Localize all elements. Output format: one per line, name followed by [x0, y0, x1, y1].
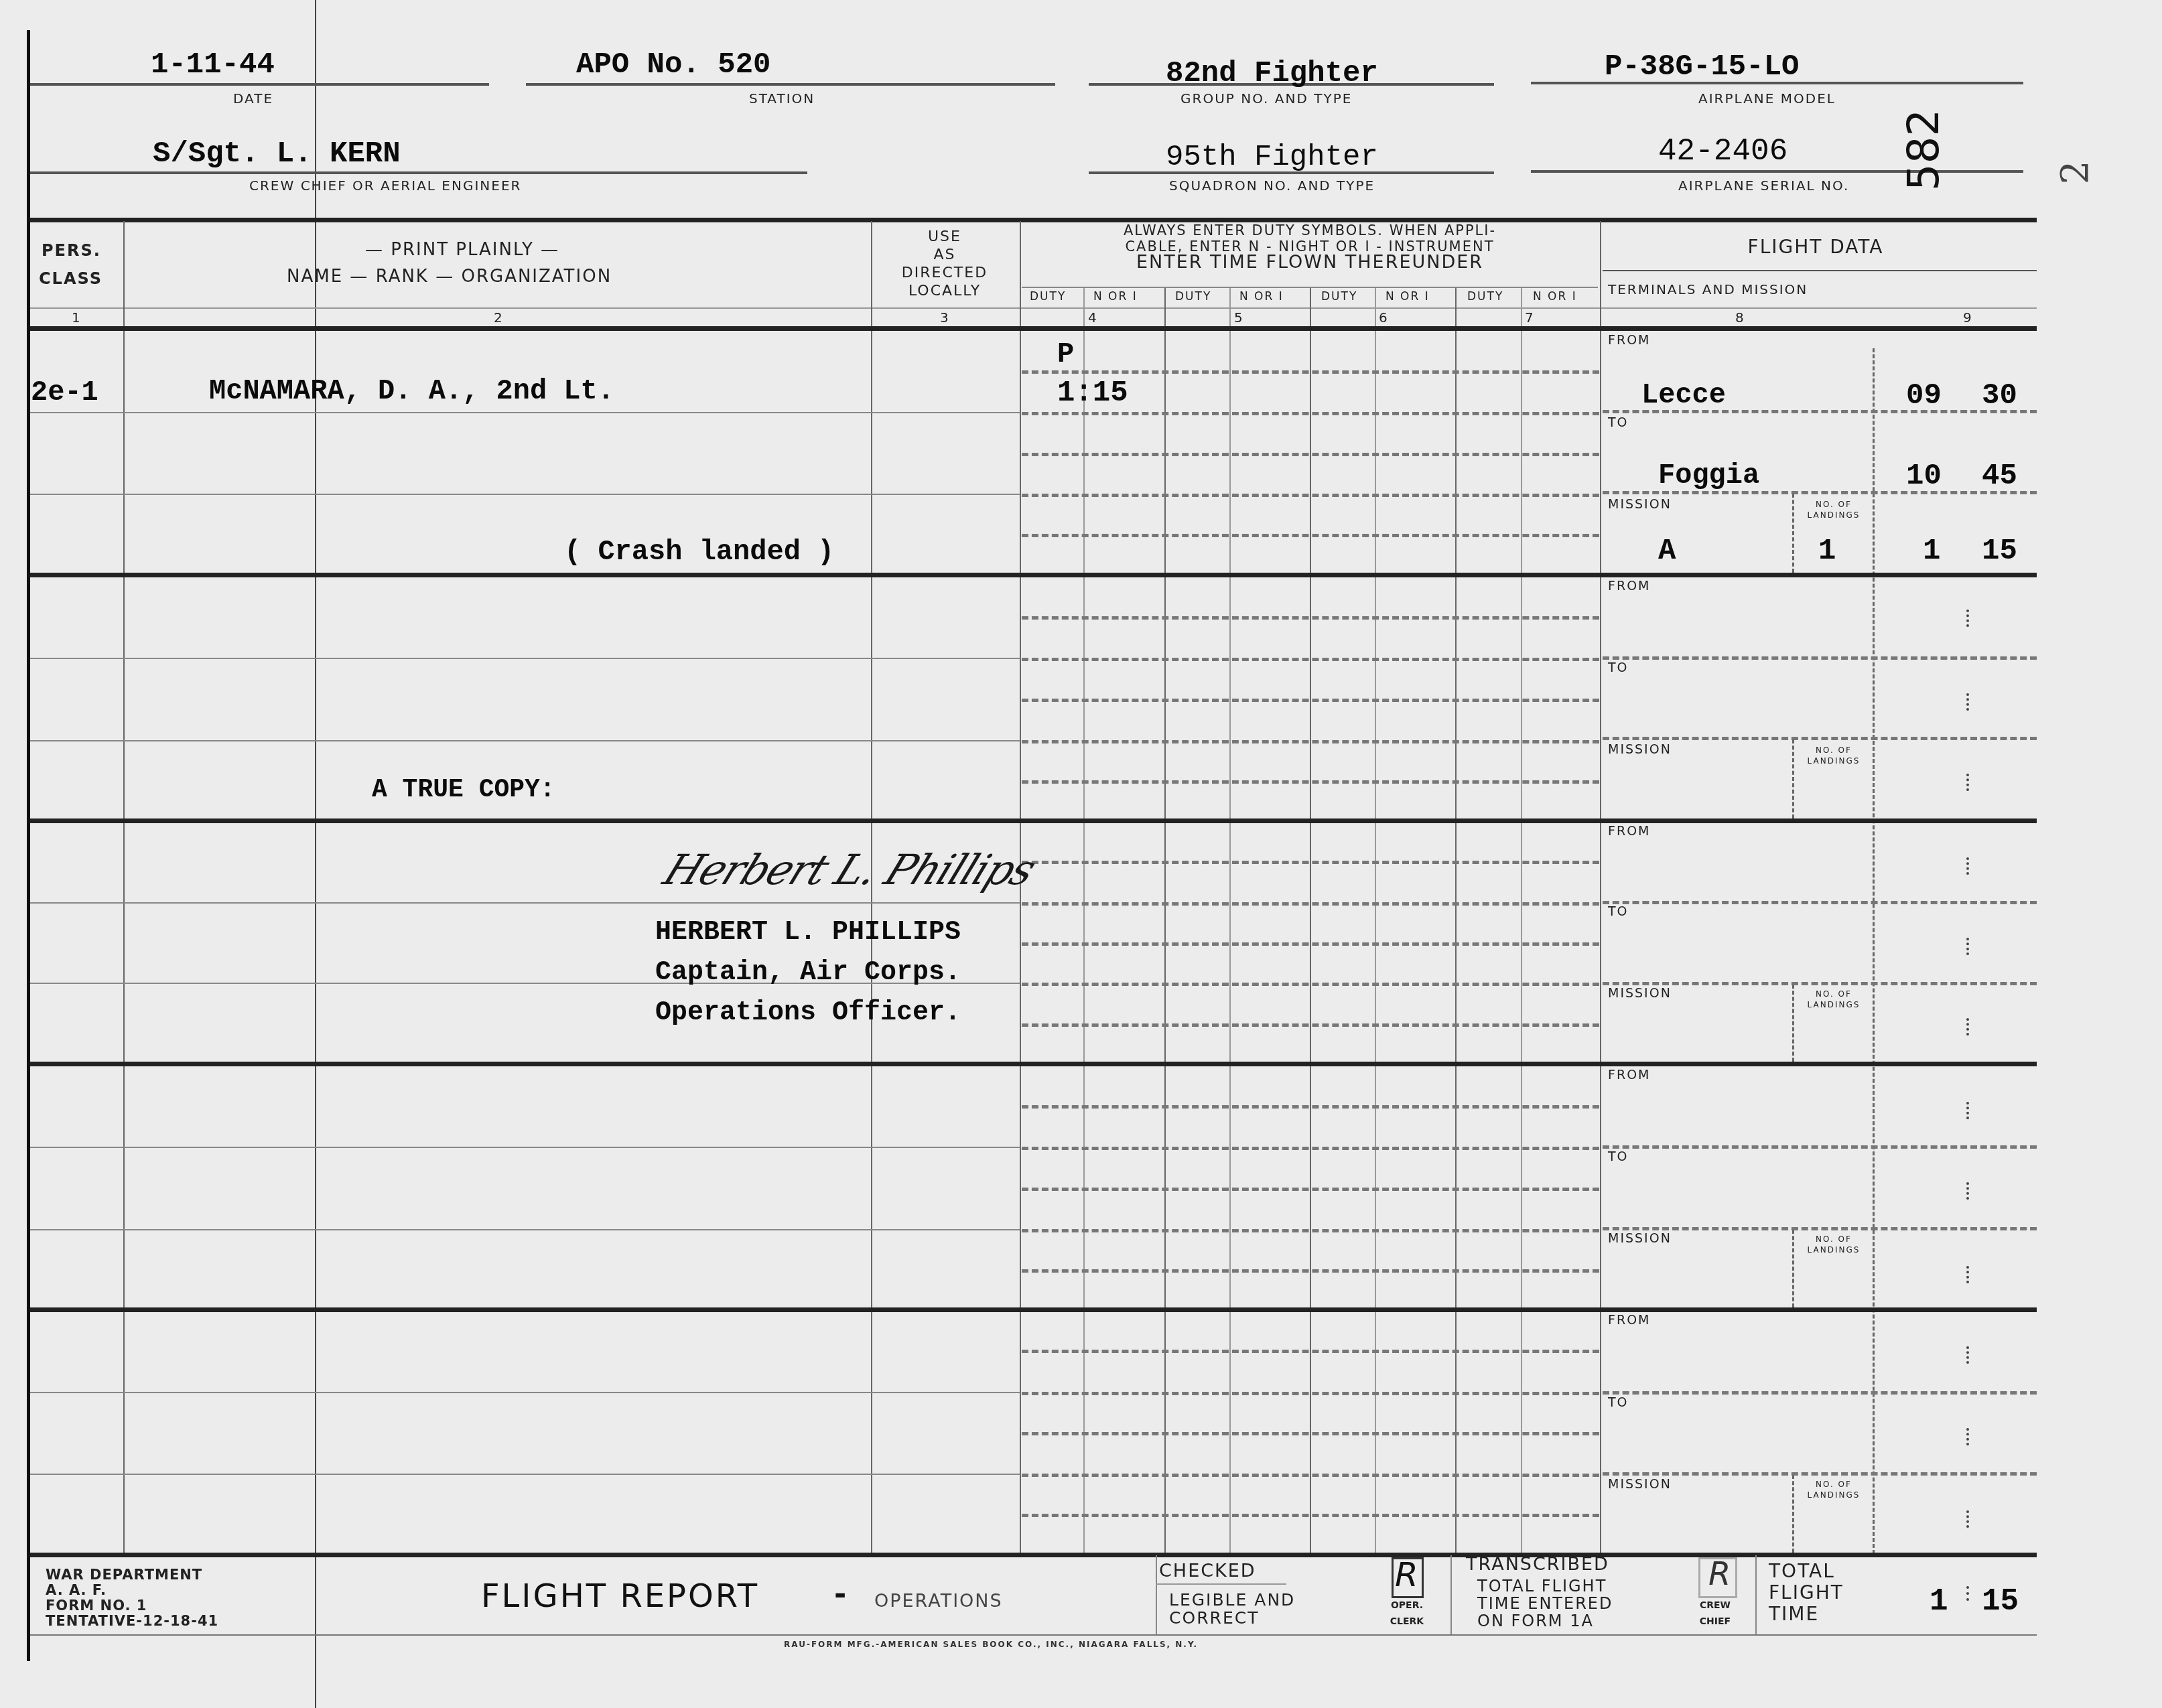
officer-rank: Captain, Air Corps. — [655, 958, 961, 988]
crew-label: CREW — [1688, 1597, 1742, 1614]
duty-sub-5a: DUTY — [1175, 290, 1211, 303]
block-line-5 — [30, 1553, 2037, 1557]
name-rank-org-label: NAME — RANK — ORGANIZATION — [287, 267, 612, 287]
duty-dash — [1022, 370, 1599, 374]
block-line-4 — [30, 1307, 2037, 1312]
entry-mission-min: 15 — [1982, 535, 2017, 568]
total-flight-label: TOTAL FLIGHT — [1477, 1577, 1613, 1595]
duty-instr-line3: ENTER TIME FLOWN THEREUNDER — [1022, 255, 1598, 271]
total-colon — [1966, 1586, 1969, 1601]
col-num-2: 2 — [494, 309, 504, 326]
mission-label: MISSION — [1608, 1231, 1672, 1246]
to-label: TO — [1608, 415, 1629, 430]
date-value: 1-11-44 — [151, 48, 275, 82]
to-label: TO — [1608, 1395, 1629, 1410]
clerk-label: CLERK — [1380, 1614, 1434, 1630]
flight-label: FLIGHT — [1769, 1582, 1844, 1604]
duty-instructions: ALWAYS ENTER DUTY SYMBOLS. WHEN APPLI- C… — [1022, 222, 1598, 271]
station-label: STATION — [749, 90, 815, 106]
time-colon — [1966, 1510, 1969, 1528]
time-colon — [1966, 938, 1969, 955]
landings-label-2: LANDINGS — [1794, 756, 1873, 766]
crew-chief-line — [30, 171, 807, 174]
pers-class-label-2: CLASS — [39, 269, 103, 288]
total-hours: 1 — [1930, 1584, 1948, 1619]
col-num-1: 1 — [72, 309, 82, 326]
landings-label-1: NO. OF — [1794, 745, 1873, 756]
duty-sub-4a: DUTY — [1030, 290, 1066, 303]
duty-sub-divider-4 — [1083, 288, 1085, 1554]
subrow-4a — [30, 1147, 1020, 1148]
col-divider-1 — [123, 221, 125, 1554]
date-label: DATE — [233, 90, 273, 106]
time-label: TIME — [1769, 1604, 1844, 1625]
entry-pers-class: 2e-1 — [31, 376, 98, 409]
print-plainly-label: — PRINT PLAINLY — — [365, 240, 559, 260]
duty-dash — [1022, 1105, 1599, 1109]
col-divider-6 — [1455, 288, 1457, 1554]
flight-dash — [1603, 901, 2037, 904]
mission-label: MISSION — [1608, 742, 1672, 757]
station-line — [526, 83, 1055, 86]
landings-label-2: LANDINGS — [1794, 999, 1873, 1010]
number-line — [30, 307, 2037, 309]
time-colon — [1966, 1346, 1969, 1364]
time-entered-label: TIME ENTERED — [1477, 1595, 1613, 1612]
form-title: FLIGHT REPORT — [481, 1577, 759, 1615]
terminals-mission-label: TERMINALS AND MISSION — [1608, 281, 1808, 297]
subrow-2a — [30, 658, 1020, 659]
flight-data-title: FLIGHT DATA — [1601, 236, 2030, 258]
col-divider-4 — [1164, 288, 1166, 1554]
crew-chief-label: CREW CHIEF OR AERIAL ENGINEER — [249, 177, 521, 194]
legible-block: LEGIBLE AND CORRECT — [1169, 1591, 1295, 1627]
as-label: AS — [878, 246, 1012, 264]
flight-dash — [1603, 1472, 2037, 1476]
time-colon — [1966, 1018, 1969, 1036]
duty-dash — [1022, 1432, 1599, 1435]
entry-landings: 1 — [1818, 535, 1836, 568]
to-label: TO — [1608, 1149, 1629, 1164]
landings-label-2: LANDINGS — [1794, 1490, 1873, 1500]
use-label: USE — [878, 228, 1012, 246]
mission-label: MISSION — [1608, 986, 1672, 1001]
total-label: TOTAL — [1769, 1561, 1844, 1582]
aaf-label: A. A. F. — [46, 1583, 218, 1598]
mission-label: MISSION — [1608, 497, 1672, 512]
serial-line — [1531, 170, 2023, 173]
total-minutes: 15 — [1982, 1584, 2019, 1619]
date-line — [30, 83, 489, 86]
col-num-7: 7 — [1525, 309, 1535, 326]
duty-dash — [1022, 453, 1599, 456]
model-value: P-38G-15-LO — [1605, 50, 1799, 84]
pers-class-label-1: PERS. — [42, 241, 101, 260]
entry-to-min: 45 — [1982, 459, 2017, 493]
oper-clerk-initial: R — [1395, 1555, 1418, 1594]
duty-sub-divider-7 — [1521, 288, 1522, 1554]
time-colon — [1966, 1102, 1969, 1119]
from-label: FROM — [1608, 824, 1650, 839]
col-num-6: 6 — [1379, 309, 1389, 326]
from-label: FROM — [1608, 333, 1650, 348]
printer-line: RAU-FORM MFG.-AMERICAN SALES BOOK CO., I… — [784, 1640, 1198, 1649]
squadron-label: SQUADRON NO. AND TYPE — [1169, 177, 1375, 194]
col-num-4: 4 — [1088, 309, 1098, 326]
form-no-label: FORM NO. 1 — [46, 1598, 218, 1614]
time-colon — [1966, 693, 1969, 711]
flight-dash — [1603, 656, 2037, 660]
legible-label: LEGIBLE AND — [1169, 1591, 1295, 1609]
landings-label: NO. OF LANDINGS — [1794, 499, 1873, 520]
margin-mark: 2 — [2053, 161, 2097, 185]
oper-clerk-label: OPER. CLERK — [1380, 1597, 1434, 1630]
war-dept-block: WAR DEPARTMENT A. A. F. FORM NO. 1 TENTA… — [46, 1567, 218, 1629]
duty-sub-6a: DUTY — [1321, 290, 1357, 303]
station-value: APO No. 520 — [576, 48, 770, 82]
time-colon — [1966, 1266, 1969, 1283]
duty-dash — [1022, 658, 1599, 661]
scan-line — [315, 0, 316, 1708]
flight-dash — [1603, 1227, 2037, 1230]
duty-sub-divider-6 — [1375, 288, 1376, 1554]
duty-dash — [1022, 1392, 1599, 1395]
tentative-label: TENTATIVE-12-18-41 — [46, 1614, 218, 1629]
from-label: FROM — [1608, 1068, 1650, 1082]
transcribed-block: TOTAL FLIGHT TIME ENTERED ON FORM 1A — [1477, 1577, 1613, 1630]
landings-label-1: NO. OF — [1794, 1234, 1873, 1244]
model-label: AIRPLANE MODEL — [1698, 90, 1836, 106]
time-colon — [1966, 610, 1969, 627]
handwritten-number: 582 — [1899, 109, 1949, 191]
duty-sub-6b: N OR I — [1386, 290, 1430, 303]
war-department-label: WAR DEPARTMENT — [46, 1567, 218, 1583]
officer-name: HERBERT L. PHILLIPS — [655, 918, 961, 948]
duty-dash — [1022, 494, 1599, 497]
landings-label: NO. OF LANDINGS — [1794, 1479, 1873, 1500]
duty-sub-7b: N OR I — [1533, 290, 1577, 303]
duty-dash — [1022, 1147, 1599, 1150]
form-subtitle: OPERATIONS — [874, 1591, 1003, 1612]
to-label: TO — [1608, 660, 1629, 675]
entry-duty-symbol: P — [1057, 338, 1074, 370]
subrow-2b — [30, 740, 1020, 741]
flight-dash — [1603, 737, 2037, 740]
col-divider-8-9 — [1873, 348, 1875, 1554]
duty-dash — [1022, 861, 1599, 864]
duty-dash — [1022, 902, 1599, 906]
footer-divider — [1755, 1555, 1757, 1634]
landings-label-1: NO. OF — [1794, 499, 1873, 510]
subrow-5b — [30, 1474, 1020, 1475]
crew-chief-initial: R — [1708, 1555, 1731, 1593]
landings-label-1: NO. OF — [1794, 1479, 1873, 1490]
group-label: GROUP NO. AND TYPE — [1180, 90, 1352, 106]
subrow-5a — [30, 1392, 1020, 1393]
duty-dash — [1022, 1188, 1599, 1191]
form-title-dash: - — [834, 1577, 846, 1612]
directed-label: DIRECTED — [878, 264, 1012, 282]
duty-dash — [1022, 1474, 1599, 1477]
time-colon — [1966, 774, 1969, 791]
table-top-line — [30, 218, 2037, 222]
duty-dash — [1022, 412, 1599, 415]
footer-divider — [1156, 1555, 1157, 1634]
block-line-3 — [30, 1062, 2037, 1066]
duty-dash — [1022, 983, 1599, 986]
duty-dash — [1022, 1229, 1599, 1232]
to-label: TO — [1608, 904, 1629, 919]
locally-label: LOCALLY — [878, 282, 1012, 300]
landings-label-2: LANDINGS — [1794, 510, 1873, 520]
entry-from-min: 30 — [1982, 379, 2017, 413]
col-divider-7 — [1600, 221, 1601, 1554]
col-num-8: 8 — [1735, 309, 1745, 326]
group-value: 82nd Fighter — [1166, 57, 1378, 90]
duty-dash — [1022, 1269, 1599, 1273]
entry-mission: A — [1658, 535, 1676, 568]
footer-divider — [1450, 1555, 1452, 1634]
entry-remark: ( Crash landed ) — [564, 536, 834, 568]
left-border — [27, 30, 30, 1661]
total-flight-time-label: TOTAL FLIGHT TIME — [1769, 1561, 1844, 1625]
entry-to: Foggia — [1658, 459, 1759, 492]
duty-sub-divider-5 — [1229, 288, 1231, 1554]
transcribed-label: TRANSCRIBED — [1466, 1554, 1609, 1575]
flight-dash — [1603, 1391, 2037, 1395]
correct-label: CORRECT — [1169, 1609, 1295, 1627]
landings-label-2: LANDINGS — [1794, 1244, 1873, 1255]
time-colon — [1966, 857, 1969, 875]
block-line-2 — [30, 819, 2037, 823]
from-label: FROM — [1608, 579, 1650, 593]
on-form-label: ON FORM 1A — [1477, 1612, 1613, 1630]
squadron-value: 95th Fighter — [1166, 141, 1378, 174]
duty-sub-7a: DUTY — [1467, 290, 1503, 303]
entry-duty-time: 1:15 — [1057, 376, 1128, 410]
col-num-3: 3 — [940, 309, 950, 326]
time-colon — [1966, 1428, 1969, 1445]
duty-sub-4b: N OR I — [1093, 290, 1138, 303]
duty-dash — [1022, 1023, 1599, 1027]
block-line-0 — [30, 326, 2037, 331]
entry-name: McNAMARA, D. A., 2nd Lt. — [209, 375, 614, 407]
checked-underline — [1156, 1583, 1286, 1585]
time-colon — [1966, 1182, 1969, 1200]
flight-dash — [1603, 982, 2037, 985]
entry-from-hour: 09 — [1906, 379, 1942, 413]
serial-value: 42-2406 — [1658, 134, 1787, 169]
entry-to-hour: 10 — [1906, 459, 1942, 493]
duty-dash — [1022, 740, 1599, 743]
col-num-9: 9 — [1963, 309, 1973, 326]
duty-dash — [1022, 1350, 1599, 1353]
checked-label: CHECKED — [1159, 1561, 1256, 1581]
duty-dash — [1022, 616, 1599, 620]
serial-label: AIRPLANE SERIAL NO. — [1678, 177, 1849, 194]
landings-label: NO. OF LANDINGS — [1794, 745, 1873, 766]
duty-dash — [1022, 534, 1599, 537]
entry-from: Lecce — [1641, 379, 1726, 411]
signature: Herbert L. Phillips — [657, 845, 1042, 894]
subrow-1b — [30, 494, 1020, 495]
subrow-1a — [30, 412, 1020, 413]
duty-dash — [1022, 942, 1599, 946]
col-divider-5 — [1310, 288, 1311, 1554]
landings-label: NO. OF LANDINGS — [1794, 1234, 1873, 1255]
flight-data-subline — [1603, 270, 2037, 271]
duty-instr-line1: ALWAYS ENTER DUTY SYMBOLS. WHEN APPLI- — [1022, 222, 1598, 238]
footer-bottom-line — [30, 1634, 2037, 1636]
crew-chief-value: S/Sgt. L. KERN — [153, 137, 401, 171]
subrow-3a — [30, 902, 1020, 904]
landings-label-1: NO. OF — [1794, 989, 1873, 999]
flight-dash — [1603, 1145, 2037, 1149]
col-num-5: 5 — [1234, 309, 1244, 326]
true-copy-label: A TRUE COPY: — [372, 776, 555, 804]
block-line-1 — [30, 573, 2037, 577]
duty-dash — [1022, 1514, 1599, 1517]
use-as-directed-label: USE AS DIRECTED LOCALLY — [878, 228, 1012, 300]
landings-label: NO. OF LANDINGS — [1794, 989, 1873, 1010]
duty-dash — [1022, 699, 1599, 702]
subrow-4b — [30, 1229, 1020, 1230]
officer-title: Operations Officer. — [655, 998, 961, 1028]
chief-label: CHIEF — [1688, 1614, 1742, 1630]
duty-dash — [1022, 780, 1599, 784]
oper-label: OPER. — [1380, 1597, 1434, 1614]
from-label: FROM — [1608, 1313, 1650, 1328]
mission-label: MISSION — [1608, 1477, 1672, 1492]
duty-sub-5b: N OR I — [1239, 290, 1284, 303]
entry-mission-hour: 1 — [1923, 535, 1940, 568]
crew-chief-label: CREW CHIEF — [1688, 1597, 1742, 1630]
